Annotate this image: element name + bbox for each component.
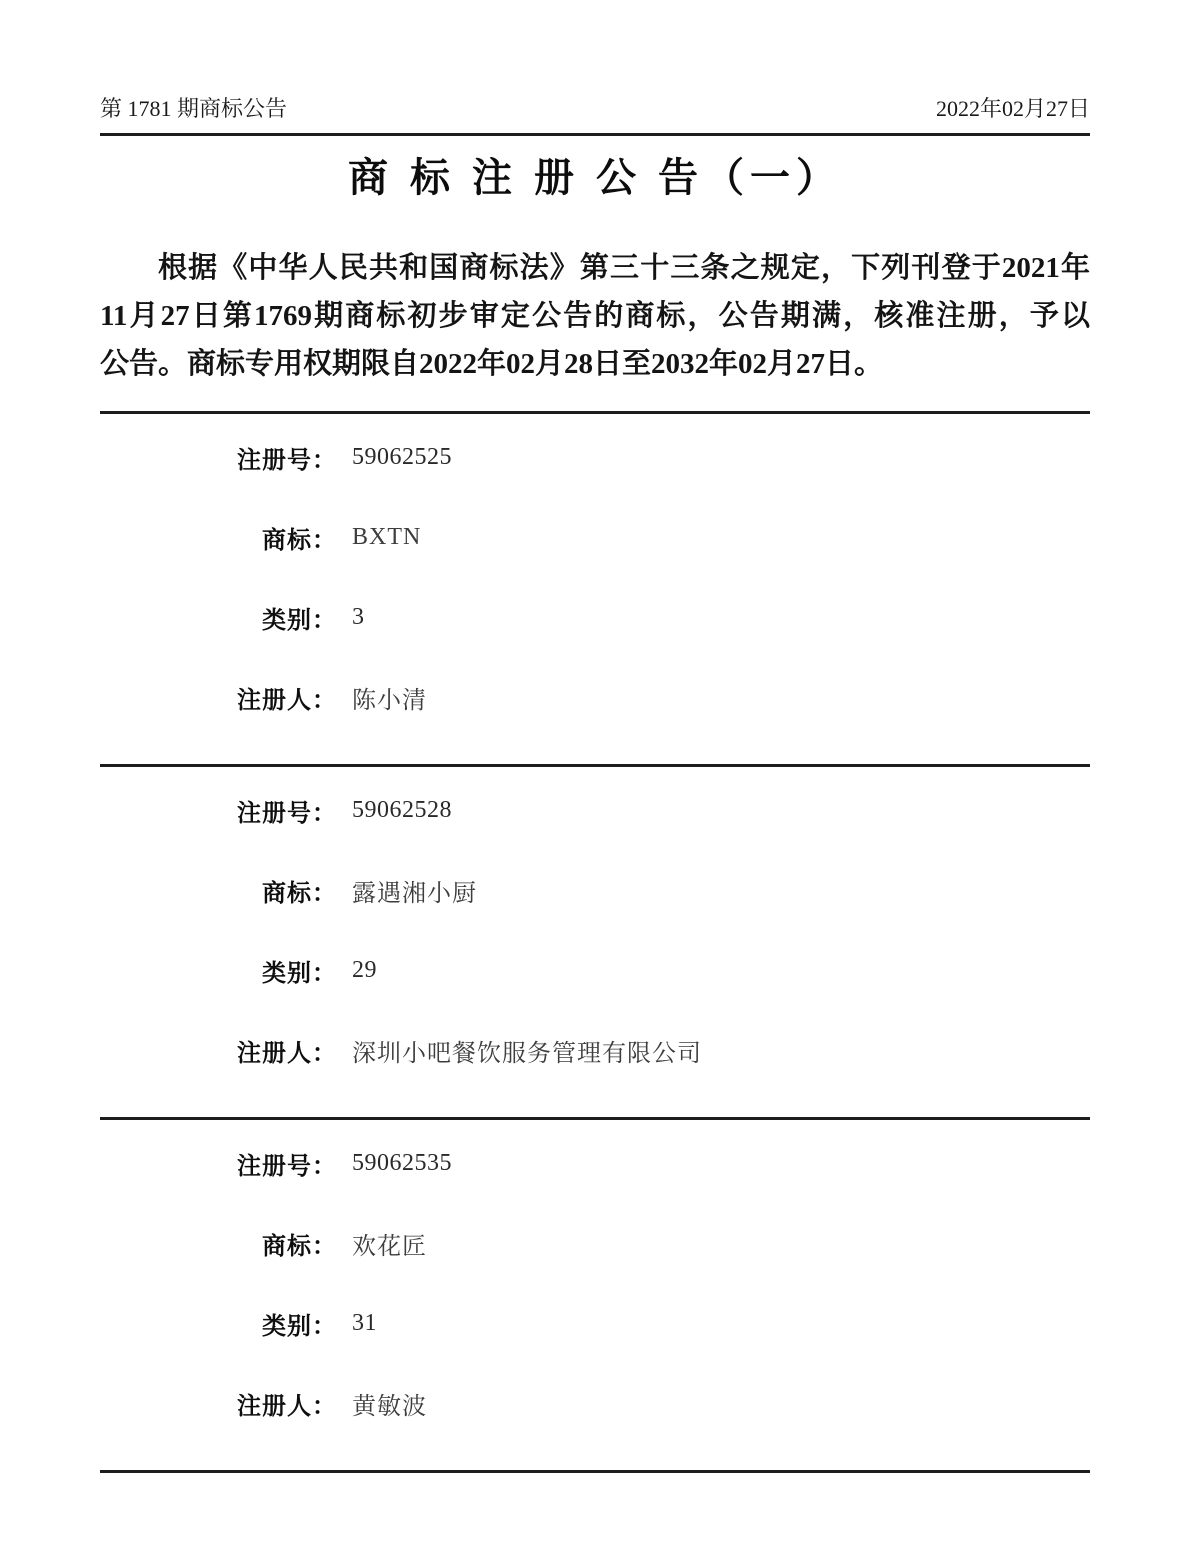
record-row-category: 类别： 29: [100, 930, 1090, 1010]
field-label-registrant: 注册人：: [100, 1386, 337, 1421]
field-label-trademark: 商标：: [100, 520, 337, 555]
record-row-regno: 注册号： 59062528: [100, 770, 1090, 850]
field-value-trademark: 露遇湘小厨: [352, 873, 477, 908]
field-label-registrant: 注册人：: [100, 1033, 337, 1068]
header-date: 2022年02月27日: [936, 92, 1090, 123]
field-value-registrant: 陈小清: [352, 680, 427, 715]
records-list: 注册号： 59062525 商标： BXTN 类别： 3 注册人： 陈小清 注册…: [100, 411, 1090, 1473]
record: 注册号： 59062525 商标： BXTN 类别： 3 注册人： 陈小清: [100, 411, 1090, 764]
field-value-regno: 59062528: [352, 797, 452, 824]
intro-line-2: 11月27日第1769期商标初步审定公告的商标，公告期满，核准注册，予以: [100, 292, 1090, 340]
record-row-registrant: 注册人： 陈小清: [100, 657, 1090, 737]
record-row-regno: 注册号： 59062535: [100, 1123, 1090, 1203]
field-value-registrant: 深圳小吧餐饮服务管理有限公司: [352, 1033, 702, 1068]
record-row-registrant: 注册人： 黄敏波: [100, 1363, 1090, 1443]
intro-line-1: 根据《中华人民共和国商标法》第三十三条之规定，下列刊登于2021年: [100, 244, 1090, 292]
field-value-category: 29: [352, 957, 377, 984]
field-value-regno: 59062525: [352, 444, 452, 471]
field-label-registrant: 注册人：: [100, 680, 337, 715]
field-value-category: 3: [352, 604, 365, 631]
record-row-trademark: 商标： 欢花匠: [100, 1203, 1090, 1283]
field-label-category: 类别：: [100, 600, 337, 635]
field-value-regno: 59062535: [352, 1150, 452, 1177]
field-label-trademark: 商标：: [100, 1226, 337, 1261]
page-header: 第 1781 期商标公告 2022年02月27日: [100, 0, 1090, 136]
record-row-registrant: 注册人： 深圳小吧餐饮服务管理有限公司: [100, 1010, 1090, 1090]
field-label-trademark: 商标：: [100, 873, 337, 908]
field-value-category: 31: [352, 1310, 377, 1337]
record-row-category: 类别： 31: [100, 1283, 1090, 1363]
field-label-regno: 注册号：: [100, 793, 337, 828]
record: 注册号： 59062535 商标： 欢花匠 类别： 31 注册人： 黄敏波: [100, 1117, 1090, 1470]
page-title: 商 标 注 册 公 告（一）: [100, 150, 1090, 206]
intro-line-3: 公告。商标专用权期限自2022年02月28日至2032年02月27日。: [100, 340, 1090, 388]
field-label-regno: 注册号：: [100, 1146, 337, 1181]
record-row-category: 类别： 3: [100, 577, 1090, 657]
field-label-category: 类别：: [100, 953, 337, 988]
intro-paragraph: 根据《中华人民共和国商标法》第三十三条之规定，下列刊登于2021年 11月27日…: [100, 244, 1090, 388]
field-value-registrant: 黄敏波: [352, 1386, 427, 1421]
record: 注册号： 59062528 商标： 露遇湘小厨 类别： 29 注册人： 深圳小吧…: [100, 764, 1090, 1117]
record-row-trademark: 商标： BXTN: [100, 497, 1090, 577]
record-row-regno: 注册号： 59062525: [100, 417, 1090, 497]
field-value-trademark: 欢花匠: [352, 1226, 427, 1261]
document-page: 第 1781 期商标公告 2022年02月27日 商 标 注 册 公 告（一） …: [0, 0, 1190, 1564]
field-label-category: 类别：: [100, 1306, 337, 1341]
record-row-trademark: 商标： 露遇湘小厨: [100, 850, 1090, 930]
header-issue-label: 第 1781 期商标公告: [100, 92, 287, 123]
field-label-regno: 注册号：: [100, 440, 337, 475]
field-value-trademark: BXTN: [352, 524, 421, 551]
